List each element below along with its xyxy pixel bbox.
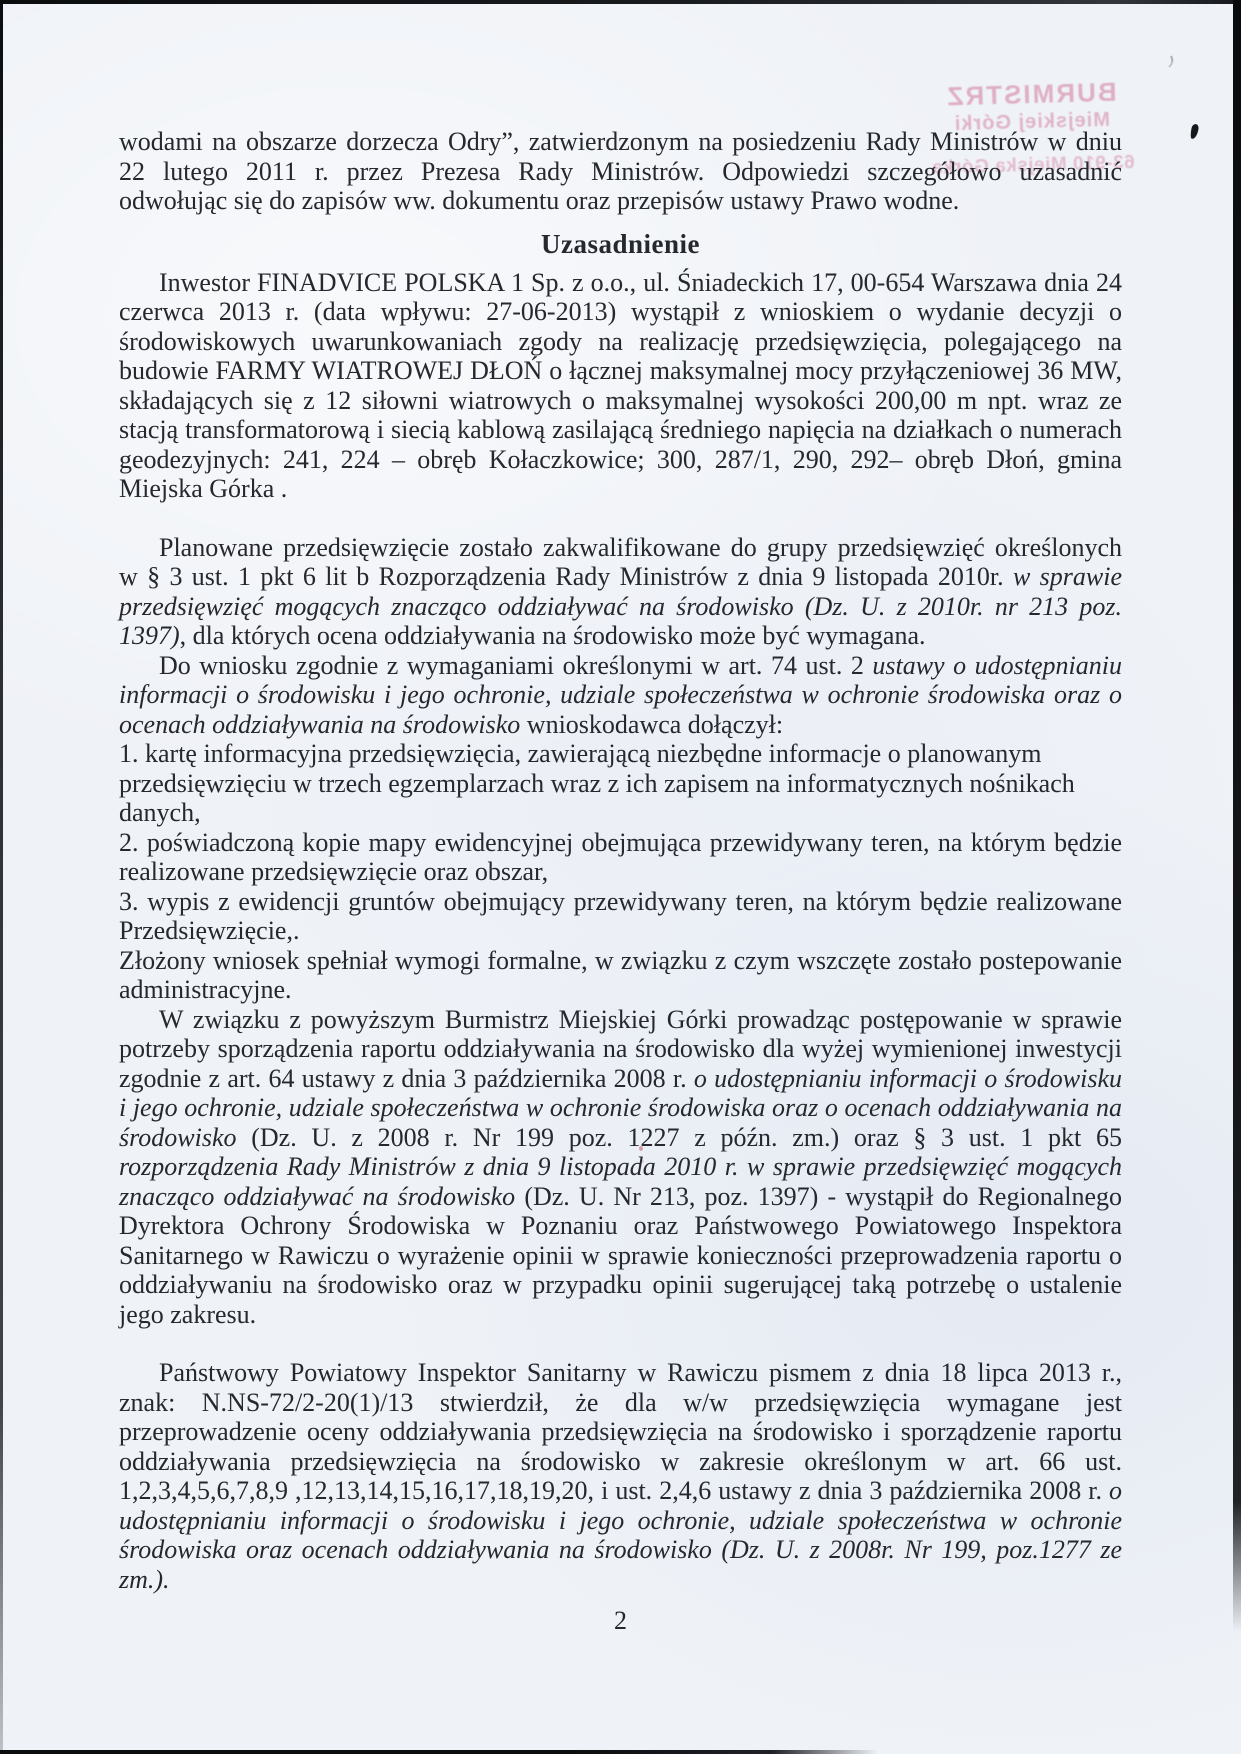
paragraph-continuation: wodami na obszarze dorzecza Odry”, zatwi… [119, 127, 1122, 216]
scan-edge-left [0, 0, 3, 1754]
ink-speck-icon [1190, 124, 1199, 140]
stamp-line: BURMISTRZ [919, 77, 1144, 111]
list-item: 1. kartę informacyjna przedsięwzięcia, z… [119, 739, 1122, 828]
list-item: 2. poświadczoną kopie mapy ewidencyjnej … [119, 828, 1122, 887]
ink-speck-icon [639, 1146, 643, 1151]
paragraph: Do wniosku zgodnie z wymaganiami określo… [119, 651, 1122, 740]
page-number: 2 [119, 1606, 1122, 1636]
section-heading: Uzasadnienie [119, 229, 1122, 259]
scanned-document-page: BURMISTRZ Miejskiej Górki 63-910 Miejska… [0, 0, 1241, 1754]
scan-edge-bottom [0, 1750, 878, 1754]
paragraph: Państwowy Powiatowy Inspektor Sanitarny … [119, 1358, 1122, 1594]
paragraph: Złożony wniosek spełniał wymogi formalne… [119, 946, 1122, 1005]
paragraph: Planowane przedsięwzięcie zostało zakwal… [119, 533, 1122, 651]
scan-edge-top [0, 0, 1241, 4]
scan-edge-right [1233, 0, 1241, 1632]
ink-speck-icon [1164, 55, 1177, 68]
document-body: wodami na obszarze dorzecza Odry”, zatwi… [119, 127, 1122, 1594]
paragraph: Inwestor FINADVICE POLSKA 1 Sp. z o.o., … [119, 268, 1122, 504]
list-item: 3. wypis z ewidencji gruntów obejmujący … [119, 887, 1122, 946]
paragraph: W związku z powyższym Burmistrz Miejskie… [119, 1005, 1122, 1330]
